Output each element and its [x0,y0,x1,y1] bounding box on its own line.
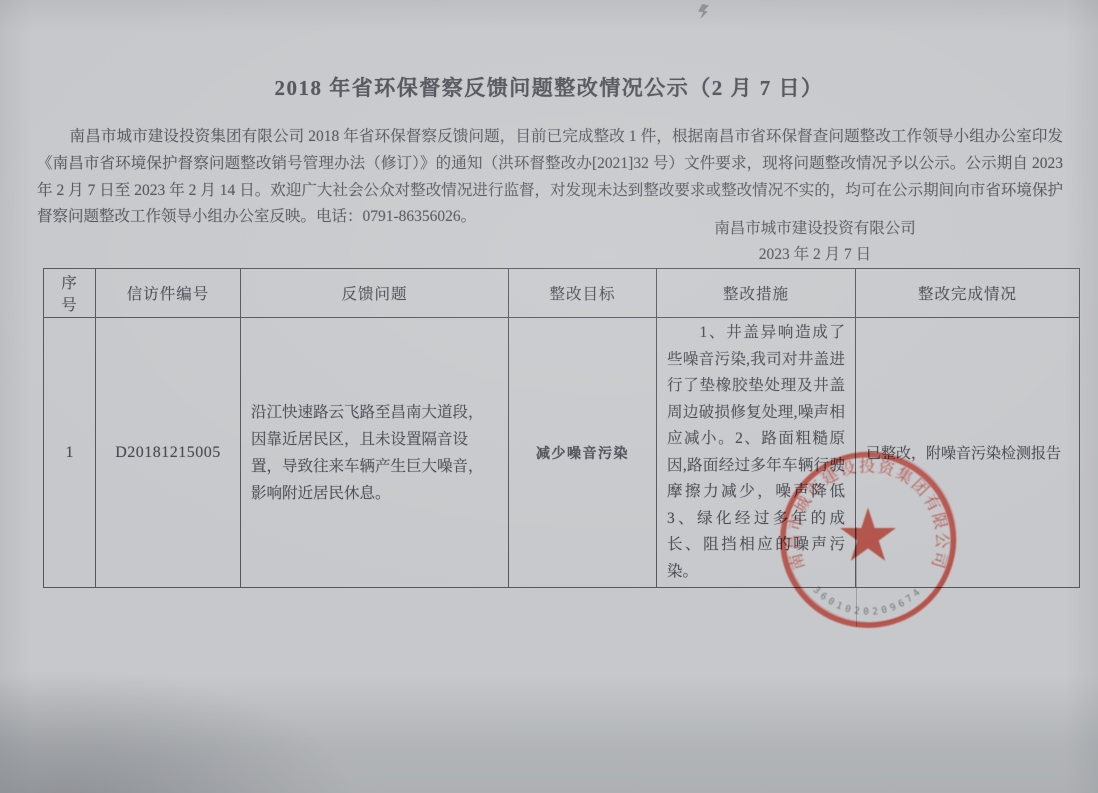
cell-seq: 1 [44,318,96,588]
signature-organization: 南昌市城市建设投资有限公司 [620,216,1010,242]
signature-date: 2023 年 2 月 7 日 [620,242,1010,268]
header-completion-status: 整改完成情况 [856,269,1080,318]
seal-star-icon [840,508,896,561]
signature-block: 南昌市城市建设投资有限公司 2023 年 2 月 7 日 [620,216,1010,267]
cell-rectification-target: 减少噪音污染 [509,318,657,588]
header-letter-no: 信访件编号 [96,269,241,318]
header-rectification-target: 整改目标 [509,269,657,318]
cell-letter-no: D20181215005 [96,318,241,588]
header-feedback-problem: 反馈问题 [241,269,509,318]
page-title: 2018 年省环保督察反馈问题整改情况公示（2 月 7 日） [0,72,1098,102]
cell-feedback-problem: 沿江快速路云飞路至昌南大道段，因靠近居民区，且未设置隔音设置，导致往来车辆产生巨… [241,318,509,588]
header-seq: 序号 [44,269,96,318]
official-seal: 南昌市城市建设投资集团有限公司 3601020209674 [770,442,966,638]
scan-artifact-mark [698,4,709,19]
table-header-row: 序号 信访件编号 反馈问题 整改目标 整改措施 整改完成情况 [44,269,1080,318]
scanned-document-page: 2018 年省环保督察反馈问题整改情况公示（2 月 7 日） 南昌市城市建设投资… [0,0,1098,793]
header-rectification-measures: 整改措施 [657,269,856,318]
